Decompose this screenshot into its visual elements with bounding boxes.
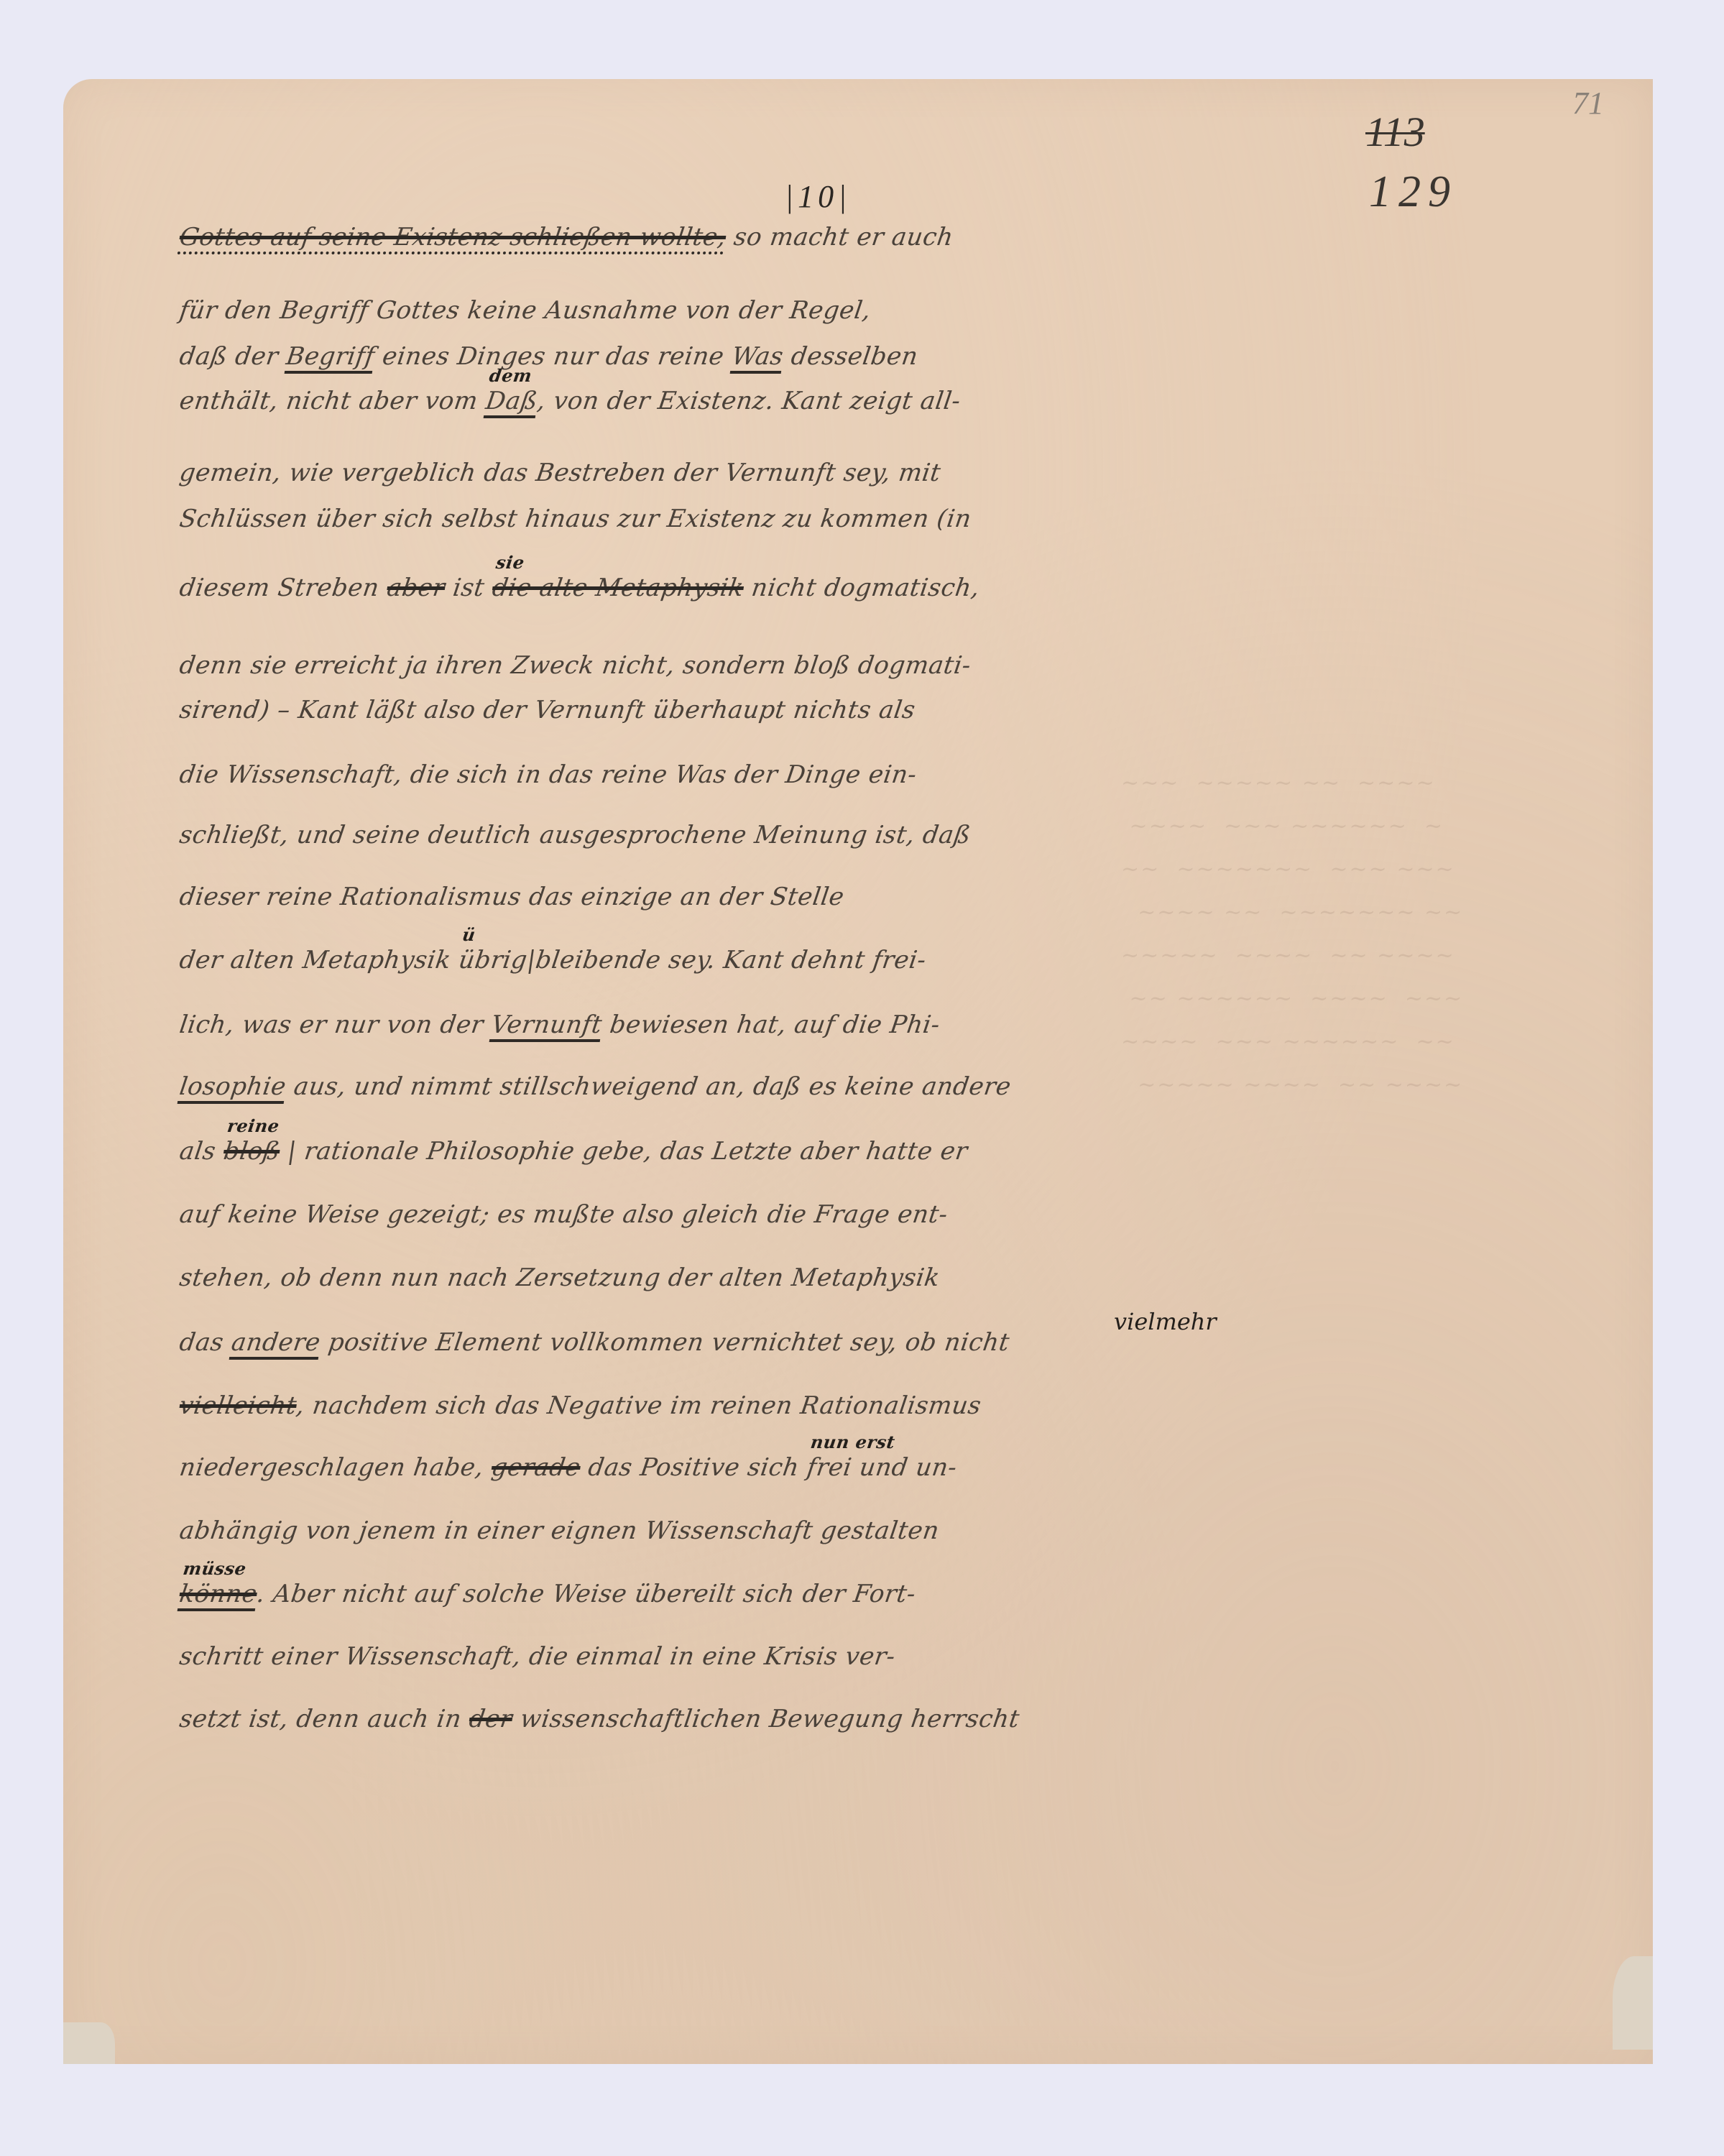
insertion: müssekönne: [178, 1580, 259, 1608]
struck-text: vielleicht: [178, 1391, 298, 1420]
manuscript-line-22: abhängig von jenem in einer eignen Wisse…: [178, 1516, 941, 1545]
manuscript-line-25: setzt ist, denn auch in der wissenschaft…: [178, 1705, 1021, 1733]
manuscript-line-16: als reinebloß | rationale Philosophie ge…: [178, 1137, 969, 1166]
interlinear-insertion: müsse: [182, 1558, 248, 1579]
underlined-word: losophie: [178, 1072, 288, 1104]
marginal-addition: vielmehr: [1114, 1308, 1217, 1335]
struck-text: die alte Metaphysik: [491, 573, 746, 602]
manuscript-line-10: die Wissenschaft, die sich in das reine …: [178, 760, 918, 789]
manuscript-line-8: denn sie erreicht ja ihren Zweck nicht, …: [178, 651, 972, 680]
underlined-word: andere: [229, 1328, 323, 1360]
manuscript-line-7: diesem Streben aber ist siedie alte Meta…: [178, 573, 982, 602]
underlined-word: Was: [729, 342, 785, 374]
insertion: üübrig|bleibende: [457, 946, 663, 975]
manuscript-line-11: schließt, und seine deutlich ausgesproch…: [178, 821, 972, 849]
manuscript-line-21: niedergeschlagen habe, gerade das Positi…: [178, 1453, 959, 1482]
interlinear-insertion: sie: [494, 552, 525, 573]
manuscript-line-17: auf keine Weise gezeigt; es mußte also g…: [178, 1200, 949, 1229]
insertion: siedie alte Metaphysik: [491, 573, 746, 602]
manuscript-line-9: sirend) – Kant läßt also der Vernunft üb…: [178, 696, 917, 724]
struck-text: bloß: [222, 1137, 282, 1166]
manuscript-line-23: müssekönne. Aber nicht auf solche Weise …: [178, 1580, 918, 1608]
paper-aging-tint: [63, 79, 1653, 2064]
manuscript-line-15: losophie aus, und nimmt stillschweigend …: [178, 1072, 1013, 1101]
struck-text: Gottes auf seine Existenz schließen woll…: [178, 223, 728, 254]
manuscript-line-14: lich, was er nur von der Vernunft bewies…: [178, 1010, 941, 1039]
struck-text: der: [467, 1705, 514, 1733]
manuscript-line-6: Schlüssen über sich selbst hinaus zur Ex…: [178, 505, 973, 533]
manuscript-line-1: Gottes auf seine Existenz schließen woll…: [178, 223, 955, 252]
underlined-word: Vernunft: [489, 1010, 604, 1042]
manuscript-line-12: dieser reine Rationalismus das einzige a…: [178, 883, 846, 911]
archive-folio-number: 71: [1572, 85, 1604, 121]
insertion: demDaß: [484, 387, 539, 415]
manuscript-line-3: daß der Begriff eines Dinges nur das rei…: [178, 342, 920, 371]
manuscript-line-2: für den Begriff Gottes keine Ausnahme vo…: [178, 296, 872, 325]
interlinear-insertion: dem: [488, 365, 533, 386]
struck-text: gerade: [489, 1453, 582, 1482]
page-number: 129: [1369, 167, 1457, 218]
manuscript-line-5: gemein, wie vergeblich das Bestreben der…: [178, 459, 943, 487]
manuscript-line-19: das andere positive Element vollkommen v…: [178, 1328, 1011, 1357]
struck-text: aber: [385, 573, 447, 602]
interlinear-insertion: reine: [226, 1115, 280, 1136]
old-page-number-struck: 113: [1365, 108, 1425, 156]
paper-repair-patch-bottom-left: [63, 2022, 115, 2064]
manuscript-line-4: enthält, nicht aber vom demDaß, von der …: [178, 387, 962, 415]
paper-repair-patch-bottom-right: [1613, 1956, 1653, 2050]
manuscript-page: [63, 79, 1653, 2064]
section-marker: |10|: [785, 178, 851, 215]
manuscript-line-13: der alten Metaphysik üübrig|bleibende se…: [178, 946, 928, 975]
underlined-word: Begriff: [284, 342, 377, 374]
manuscript-line-24: schritt einer Wissenschaft, die einmal i…: [178, 1642, 897, 1671]
manuscript-line-20: vielleicht, nachdem sich das Negative im…: [178, 1391, 983, 1420]
insertion: reinebloß: [222, 1137, 282, 1166]
interlinear-insertion: nun erst: [809, 1432, 896, 1452]
manuscript-line-18: stehen, ob denn nun nach Zersetzung der …: [178, 1263, 941, 1292]
struck-text: könne: [178, 1580, 259, 1611]
